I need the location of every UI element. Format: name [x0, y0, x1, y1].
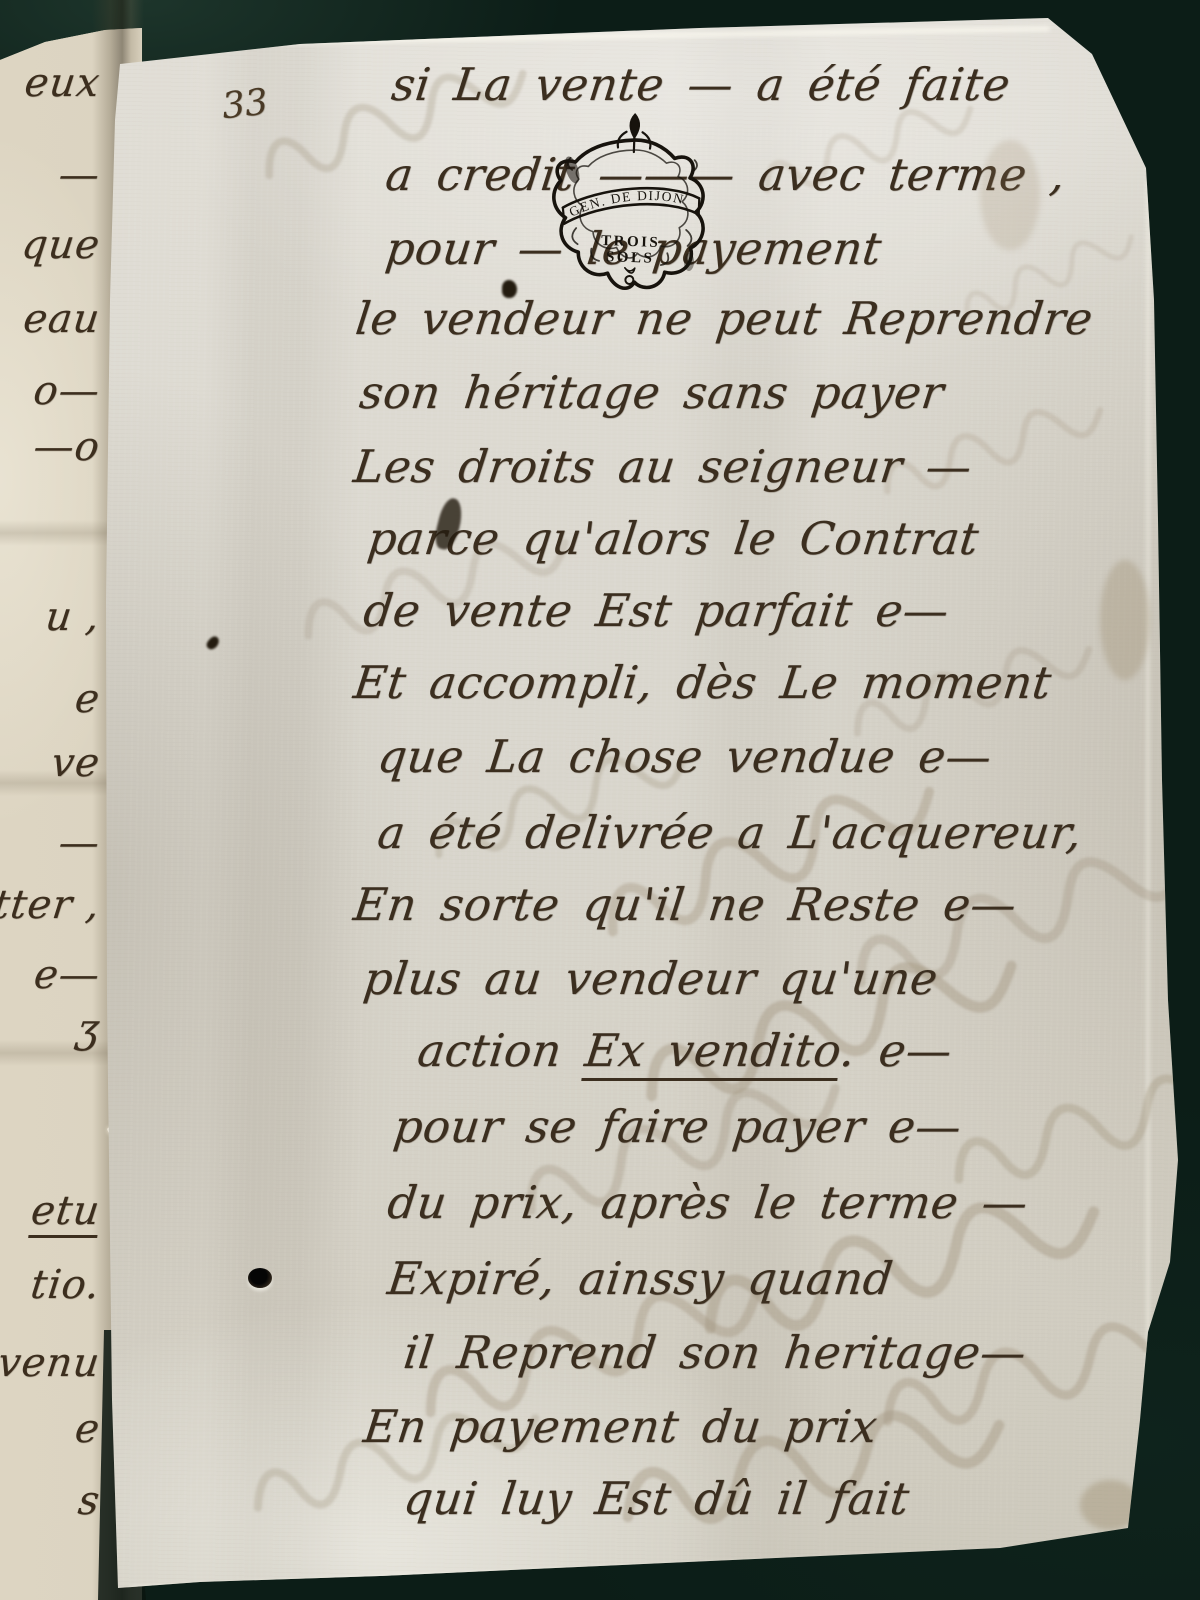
edge-stain: [1080, 1480, 1140, 1530]
left-page-fragment: eux: [22, 60, 103, 106]
manuscript-line: qui luy Est dû il fait: [401, 1472, 913, 1525]
left-page-fragment: eau: [21, 296, 103, 342]
manuscript-line: Expiré, ainssy quand: [385, 1252, 896, 1305]
fiscal-stamp: GEN. DE DIJON TROIS SOLS: [538, 107, 727, 303]
manuscript-line: du prix, après le terme —: [385, 1176, 1031, 1229]
underlined-phrase: Ex vendito: [582, 1024, 844, 1081]
manuscript-line: action Ex vendito. e—: [415, 1024, 955, 1077]
manuscript-line: de vente Est parfait e—: [361, 584, 952, 637]
manuscript-line: Les droits au seigneur —: [351, 440, 975, 493]
manuscript-line: En sorte qu'il ne Reste e—: [351, 878, 1020, 931]
manuscript-line: que La chose vendue e—: [375, 730, 995, 783]
edge-stain: [980, 140, 1040, 250]
manuscript-line: il Reprend son heritage—: [401, 1326, 1029, 1379]
manuscript-line: a été delivrée a L'acquereur,: [375, 806, 1085, 859]
manuscript-line: pour se faire payer e—: [391, 1100, 965, 1153]
ink-blot: [502, 280, 517, 298]
paper-hole: [248, 1268, 272, 1288]
manuscript-page: 33 si La vente — a été faitea credit ———…: [0, 0, 1200, 1600]
manuscript-line: En payement du prix: [361, 1400, 881, 1453]
page-number: 33: [220, 82, 270, 128]
manuscript-line: si La vente — a été faite: [389, 58, 1014, 111]
edge-stain: [1100, 560, 1150, 680]
stamp-value-line2: SOLS: [606, 249, 655, 267]
manuscript-photo: eux—queeauo——ou ,eve—ietter ,e—ʒetutio.v…: [0, 0, 1200, 1600]
manuscript-line: Et accompli, dès Le moment: [351, 656, 1055, 709]
left-page-fragment: venu: [0, 1340, 103, 1386]
manuscript-line: son héritage sans payer: [357, 366, 947, 419]
manuscript-line: le vendeur ne peut Reprendre: [353, 292, 1096, 345]
manuscript-line: plus au vendeur qu'une: [361, 952, 941, 1005]
left-page-fragment: que: [19, 222, 103, 268]
left-page-fragment: ietter ,: [0, 882, 103, 928]
manuscript-line: a credit ——— avec terme ,: [383, 148, 1069, 201]
